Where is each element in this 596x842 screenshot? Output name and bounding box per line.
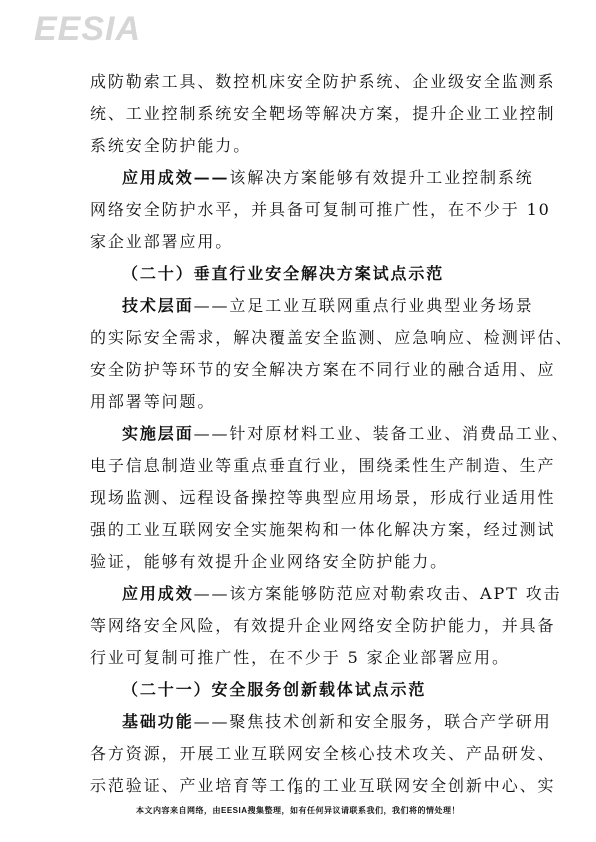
- paragraph-label: 应用成效: [122, 584, 194, 603]
- text-line: 等网络安全风险，有效提升企业网络安全防护能力，并具备: [90, 610, 510, 642]
- text-line: 行业可复制可推广性，在不少于 5 家企业部署应用。: [90, 642, 510, 674]
- text-line: 的实际安全需求，解决覆盖安全监测、应急响应、检测评估、: [90, 322, 510, 354]
- paragraph-basic-function: 基础功能——聚焦技术创新和安全服务，联合产学研用: [90, 706, 510, 738]
- paragraph-label: 应用成效——: [122, 168, 229, 187]
- document-body: 成防勒索工具、数控机床安全防护系统、企业级安全监测系 统、工业控制系统安全靶场等…: [90, 66, 510, 802]
- paragraph-label: 技术层面: [122, 296, 194, 315]
- paragraph-application-effect: 应用成效——该解决方案能够有效提升工业控制系统: [90, 162, 510, 194]
- paragraph-label: 实施层面: [122, 424, 194, 443]
- footer-disclaimer: 本文内容来自网络，由EESIA搜集整理，如有任何异议请联系我们，我们将的情处理！: [0, 805, 596, 816]
- text-line: 统、工业控制系统安全靶场等解决方案，提升企业工业控制: [90, 98, 510, 130]
- text-line: 成防勒索工具、数控机床安全防护系统、企业级安全监测系: [90, 66, 510, 98]
- text-line: ——针对原材料工业、装备工业、消费品工业、: [194, 424, 570, 443]
- text-line: 系统安全防护能力。: [90, 130, 510, 162]
- text-line: 家企业部署应用。: [90, 226, 510, 258]
- section-heading-20: （二十）垂直行业安全解决方案试点示范: [90, 258, 510, 290]
- eesia-logo: EESIA: [34, 10, 141, 49]
- page-number: 19: [0, 787, 596, 796]
- text-line: 示范验证、产业培育等工作的工业互联网安全创新中心、实: [90, 770, 510, 802]
- paragraph-application-effect-2: 应用成效——该方案能够防范应对勒索攻击、APT 攻击: [90, 578, 510, 610]
- section-heading-21: （二十一）安全服务创新载体试点示范: [90, 674, 510, 706]
- text-line: 该解决方案能够有效提升工业控制系统: [229, 168, 533, 187]
- text-line: ——该方案能够防范应对勒索攻击、APT 攻击: [194, 584, 562, 603]
- paragraph-implementation-level: 实施层面——针对原材料工业、装备工业、消费品工业、: [90, 418, 510, 450]
- text-line: 用部署等问题。: [90, 386, 510, 418]
- text-line: 各方资源，开展工业互联网安全核心技术攻关、产品研发、: [90, 738, 510, 770]
- text-line: 网络安全防护水平，并具备可复制可推广性，在不少于 10: [90, 194, 510, 226]
- text-line: 现场监测、远程设备操控等典型应用场景，形成行业适用性: [90, 482, 510, 514]
- text-line: 电子信息制造业等重点垂直行业，围绕柔性生产制造、生产: [90, 450, 510, 482]
- text-line: ——立足工业互联网重点行业典型业务场景: [194, 296, 534, 315]
- paragraph-label: 基础功能: [122, 712, 194, 731]
- paragraph-technical-level: 技术层面——立足工业互联网重点行业典型业务场景: [90, 290, 510, 322]
- text-line: 验证，能够有效提升企业网络安全防护能力。: [90, 546, 510, 578]
- text-line: ——聚焦技术创新和安全服务，联合产学研用: [194, 712, 552, 731]
- text-line: 安全防护等环节的安全解决方案在不同行业的融合适用、应: [90, 354, 510, 386]
- text-line: 强的工业互联网安全实施架构和一体化解决方案，经过测试: [90, 514, 510, 546]
